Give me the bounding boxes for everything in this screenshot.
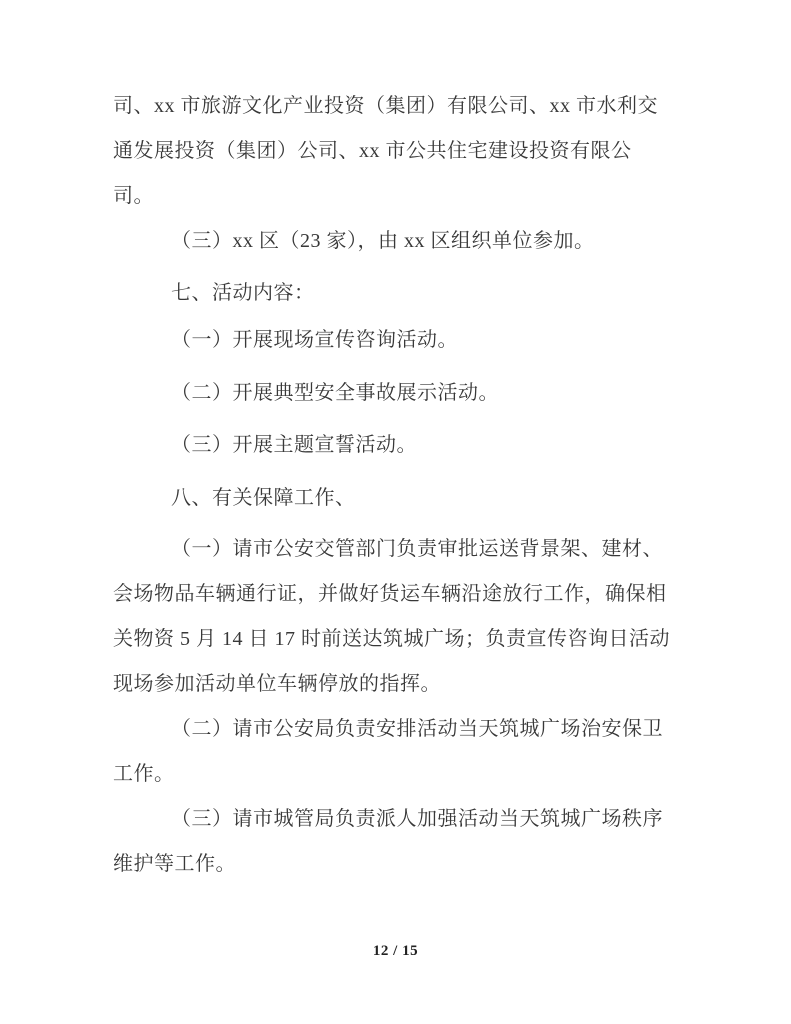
- text-line: （三）请市城管局负责派人加强活动当天筑城广场秩序: [113, 797, 689, 842]
- text-line: （一）请市公安交管部门负责审批运送背景架、建材、: [113, 527, 689, 572]
- text-line: 司。: [113, 174, 689, 219]
- paragraph: 八、有关保障工作、: [113, 476, 689, 521]
- text-line: （二）请市公安局负责安排活动当天筑城广场治安保卫: [113, 707, 689, 752]
- text-line: 关物资 5 月 14 日 17 时前送达筑城广场；负责宣传咨询日活动: [113, 617, 689, 662]
- paragraph: （二）请市公安局负责安排活动当天筑城广场治安保卫 工作。: [113, 707, 689, 797]
- document-body: 司、xx 市旅游文化产业投资（集团）有限公司、xx 市水利交 通发展投资（集团）…: [113, 84, 689, 887]
- text-line: （三）开展主题宣誓活动。: [113, 423, 689, 468]
- text-line: （三）xx 区（23 家），由 xx 区组织单位参加。: [113, 219, 689, 264]
- paragraph: （一）请市公安交管部门负责审批运送背景架、建材、 会场物品车辆通行证，并做好货运…: [113, 527, 689, 707]
- paragraph: （二）开展典型安全事故展示活动。: [113, 371, 689, 416]
- paragraph: （三）xx 区（23 家），由 xx 区组织单位参加。: [113, 219, 689, 264]
- document-page: 司、xx 市旅游文化产业投资（集团）有限公司、xx 市水利交 通发展投资（集团）…: [0, 0, 791, 1024]
- text-line: 会场物品车辆通行证，并做好货运车辆沿途放行工作，确保相: [113, 572, 689, 617]
- text-line: （一）开展现场宣传咨询活动。: [113, 318, 689, 363]
- text-line: 工作。: [113, 752, 689, 797]
- text-line: 维护等工作。: [113, 842, 689, 887]
- paragraph: 七、活动内容：: [113, 271, 689, 316]
- paragraph: （三）请市城管局负责派人加强活动当天筑城广场秩序 维护等工作。: [113, 797, 689, 887]
- text-line: 现场参加活动单位车辆停放的指挥。: [113, 662, 689, 707]
- page-number: 12 / 15: [0, 942, 791, 960]
- text-line: 司、xx 市旅游文化产业投资（集团）有限公司、xx 市水利交: [113, 84, 689, 129]
- text-line: （二）开展典型安全事故展示活动。: [113, 371, 689, 416]
- paragraph: 司、xx 市旅游文化产业投资（集团）有限公司、xx 市水利交 通发展投资（集团）…: [113, 84, 689, 219]
- section-heading: 七、活动内容：: [113, 271, 689, 316]
- section-heading: 八、有关保障工作、: [113, 476, 689, 521]
- text-line: 通发展投资（集团）公司、xx 市公共住宅建设投资有限公: [113, 129, 689, 174]
- paragraph: （一）开展现场宣传咨询活动。: [113, 318, 689, 363]
- paragraph: （三）开展主题宣誓活动。: [113, 423, 689, 468]
